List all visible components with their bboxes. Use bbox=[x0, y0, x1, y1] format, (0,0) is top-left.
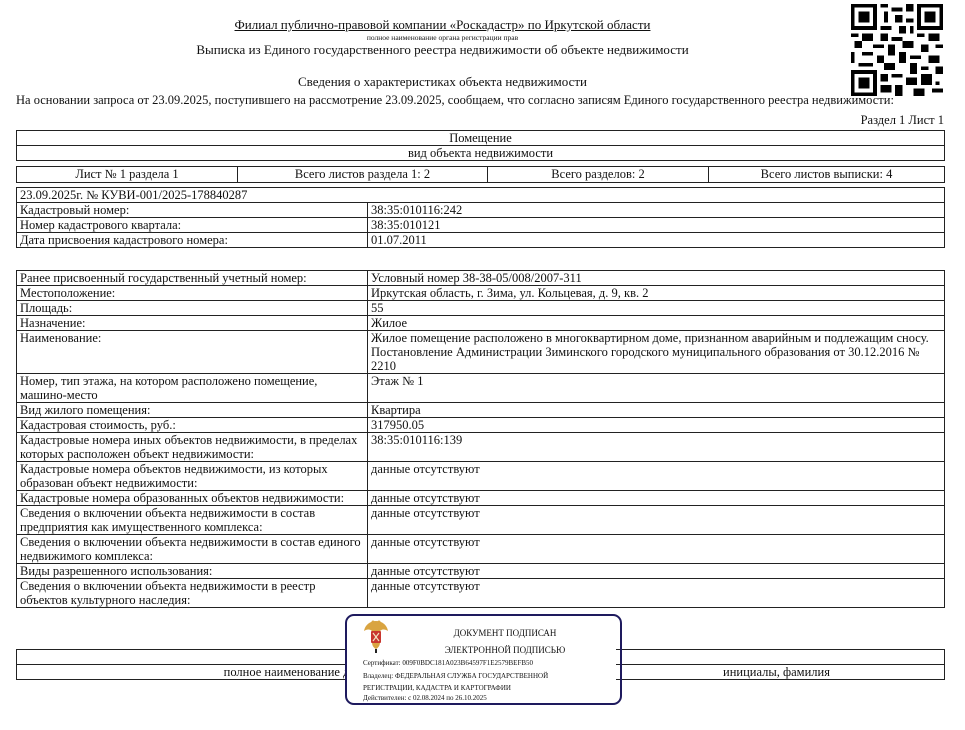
stamp-owner-cont: РЕГИСТРАЦИИ, КАДАСТРА И КАРТОГРАФИИ bbox=[363, 684, 511, 692]
organization-name: Филиал публично-правовой компании «Роска… bbox=[0, 17, 885, 33]
row-value: Квартира bbox=[368, 403, 945, 418]
object-type: Помещение bbox=[17, 131, 945, 146]
table-row: Кадастровые номера иных объектов недвижи… bbox=[17, 433, 945, 462]
row-value: данные отсутствуют bbox=[368, 491, 945, 506]
table-row: Номер, тип этажа, на котором расположено… bbox=[17, 374, 945, 403]
table-row: Виды разрешенного использования:данные о… bbox=[17, 564, 945, 579]
stamp-line1: ДОКУМЕНТ ПОДПИСАН bbox=[405, 628, 605, 638]
table-row: Сведения о включении объекта недвижимост… bbox=[17, 506, 945, 535]
row-label: Виды разрешенного использования: bbox=[17, 564, 368, 579]
row-value: Жилое помещение расположено в многокварт… bbox=[368, 331, 945, 374]
section-page-label: Раздел 1 Лист 1 bbox=[861, 113, 944, 128]
row-value: Условный номер 38-38-05/008/2007-311 bbox=[368, 271, 945, 286]
table-row: Вид жилого помещения:Квартира bbox=[17, 403, 945, 418]
table-row: Наименование:Жилое помещение расположено… bbox=[17, 331, 945, 374]
row-label: Ранее присвоенный государственный учетны… bbox=[17, 271, 368, 286]
stamp-line2: ЭЛЕКТРОННОЙ ПОДПИСЬЮ bbox=[405, 645, 605, 655]
row-value: данные отсутствуют bbox=[368, 506, 945, 535]
table-row: Кадастровые номера объектов недвижимости… bbox=[17, 462, 945, 491]
request-number: 23.09.2025г. № КУВИ-001/2025-178840287 bbox=[17, 188, 945, 203]
table-row: Сведения о включении объекта недвижимост… bbox=[17, 535, 945, 564]
table-row: Сведения о включении объекта недвижимост… bbox=[17, 579, 945, 608]
row-label: Кадастровые номера образованных объектов… bbox=[17, 491, 368, 506]
row-label: Номер кадастрового квартала: bbox=[17, 218, 368, 233]
document-title: Выписка из Единого государственного реес… bbox=[0, 42, 885, 58]
stamp-validity: Действителен: с 02.08.2024 по 26.10.2025 bbox=[363, 694, 487, 702]
intro-text: На основании запроса от 23.09.2025, пост… bbox=[16, 93, 894, 108]
row-value: Жилое bbox=[368, 316, 945, 331]
table-row: Кадастровые номера образованных объектов… bbox=[17, 491, 945, 506]
stamp-certificate: Сертификат: 009F0BDC181A023B64597F1E2579… bbox=[363, 659, 533, 667]
row-label: Дата присвоения кадастрового номера: bbox=[17, 233, 368, 248]
coat-of-arms-icon bbox=[361, 618, 391, 654]
row-label: Номер, тип этажа, на котором расположено… bbox=[17, 374, 368, 403]
table-row: Кадастровый номер: 38:35:010116:242 bbox=[17, 203, 945, 218]
table-row: Кадастровая стоимость, руб.:317950.05 bbox=[17, 418, 945, 433]
qr-code-icon bbox=[851, 4, 943, 96]
row-label: Наименование: bbox=[17, 331, 368, 374]
organization-caption: полное наименование органа регистрации п… bbox=[0, 33, 885, 42]
row-label: Сведения о включении объекта недвижимост… bbox=[17, 535, 368, 564]
section-title: Сведения о характеристиках объекта недви… bbox=[0, 74, 885, 90]
object-type-table: Помещение вид объекта недвижимости bbox=[16, 130, 945, 161]
row-value: Этаж № 1 bbox=[368, 374, 945, 403]
row-value: 38:35:010116:242 bbox=[368, 203, 945, 218]
table-row: Площадь:55 bbox=[17, 301, 945, 316]
row-value: данные отсутствуют bbox=[368, 462, 945, 491]
sheets-in-section: Всего листов раздела 1: 2 bbox=[238, 167, 488, 183]
name-field bbox=[609, 650, 945, 665]
row-label: Кадастровый номер: bbox=[17, 203, 368, 218]
row-label: Кадастровые номера объектов недвижимости… bbox=[17, 462, 368, 491]
row-label: Вид жилого помещения: bbox=[17, 403, 368, 418]
row-value: данные отсутствуют bbox=[368, 579, 945, 608]
row-value: 38:35:010121 bbox=[368, 218, 945, 233]
table-row: Ранее присвоенный государственный учетны… bbox=[17, 271, 945, 286]
row-value: 01.07.2011 bbox=[368, 233, 945, 248]
table-row: Номер кадастрового квартала: 38:35:01012… bbox=[17, 218, 945, 233]
row-label: Кадастровая стоимость, руб.: bbox=[17, 418, 368, 433]
object-type-caption: вид объекта недвижимости bbox=[17, 146, 945, 161]
stamp-owner: Владелец: ФЕДЕРАЛЬНАЯ СЛУЖБА ГОСУДАРСТВЕ… bbox=[363, 672, 548, 680]
row-label: Местоположение: bbox=[17, 286, 368, 301]
sheet-number: Лист № 1 раздела 1 bbox=[17, 167, 238, 183]
table-row: Дата присвоения кадастрового номера: 01.… bbox=[17, 233, 945, 248]
cadastral-block: 23.09.2025г. № КУВИ-001/2025-178840287 К… bbox=[16, 187, 945, 248]
sections-total: Всего разделов: 2 bbox=[488, 167, 709, 183]
table-row: Местоположение:Иркутская область, г. Зим… bbox=[17, 286, 945, 301]
row-label: Площадь: bbox=[17, 301, 368, 316]
row-label: Назначение: bbox=[17, 316, 368, 331]
characteristics-table: Ранее присвоенный государственный учетны… bbox=[16, 270, 945, 608]
row-value: 38:35:010116:139 bbox=[368, 433, 945, 462]
row-value: 317950.05 bbox=[368, 418, 945, 433]
sheet-info-table: Лист № 1 раздела 1 Всего листов раздела … bbox=[16, 166, 945, 183]
row-value: данные отсутствуют bbox=[368, 564, 945, 579]
row-label: Сведения о включении объекта недвижимост… bbox=[17, 506, 368, 535]
table-row: Назначение:Жилое bbox=[17, 316, 945, 331]
sheets-total: Всего листов выписки: 4 bbox=[709, 167, 945, 183]
row-value: 55 bbox=[368, 301, 945, 316]
name-caption: инициалы, фамилия bbox=[609, 665, 945, 680]
row-label: Сведения о включении объекта недвижимост… bbox=[17, 579, 368, 608]
row-value: Иркутская область, г. Зима, ул. Кольцева… bbox=[368, 286, 945, 301]
row-value: данные отсутствуют bbox=[368, 535, 945, 564]
row-label: Кадастровые номера иных объектов недвижи… bbox=[17, 433, 368, 462]
